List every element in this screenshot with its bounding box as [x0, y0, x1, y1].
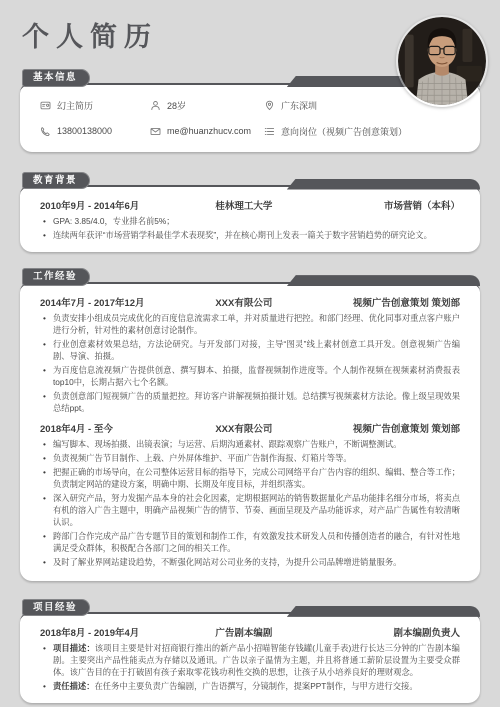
- project-role: 剧本编剧负责人: [306, 625, 460, 639]
- phone-icon: [40, 126, 51, 137]
- project-responsibility-label: 责任描述：: [53, 681, 95, 691]
- section-education: 教育背景 2010年9月 - 2014年6月 桂林理工大学 市场营销（本科） G…: [20, 170, 480, 253]
- job-bullet: 行业创意素材效果总结，方法论研究。与开发部门对接，主导“图灵”线上素材创意工具开…: [40, 338, 460, 362]
- education-bullet: 连续两年获评“市场营销学科最佳学术表现奖”，并在核心期刊上发表一篇关于数字营销趋…: [40, 229, 460, 241]
- job-bullet: 编写脚本、现场拍摄、出镜表演；与运营、后期沟通素材、跟踪观察广告账户，不断调整测…: [40, 438, 460, 450]
- target-position-value: 意向岗位（视频广告创意策划）: [281, 125, 407, 138]
- section-tab-work-experience: 工作经验: [22, 268, 90, 286]
- project-responsibility-text: 在任务中主要负责广告编剧，广告语撰写，分镜制作，提案PPT制作，与甲方进行交接。: [95, 681, 418, 691]
- job-bullet: 跨部门合作完成产品广告专题节目的策划和制作工作，有效激发技术研发人员和传播创造者…: [40, 530, 460, 554]
- job-position: 视频广告创意策划 策划部: [306, 295, 460, 309]
- section-project-experience: 项目经验 2018年8月 - 2019年4月 广告剧本编剧 剧本编剧负责人 项目…: [20, 597, 480, 704]
- job-bullet: 深入研究产品，努力发掘产品本身的社会化因素，定期根据网站的销售数据量化产品功能排…: [40, 492, 460, 528]
- age-value: 28岁: [167, 99, 186, 112]
- list-icon: [264, 126, 275, 137]
- work-experience-card: 2014年7月 - 2017年12月 XXX有限公司 视频广告创意策划 策划部 …: [20, 282, 480, 581]
- job-company: XXX有限公司: [182, 421, 306, 435]
- section-tab-education: 教育背景: [22, 172, 90, 190]
- info-item-name: 幻主简历: [40, 99, 150, 112]
- section-decor-bar: [287, 179, 480, 190]
- info-item-age: 28岁: [150, 99, 264, 112]
- section-decor-bar: [287, 606, 480, 617]
- education-entry-header: 2010年9月 - 2014年6月 桂林理工大学 市场营销（本科）: [40, 198, 460, 212]
- email-icon: [150, 126, 161, 137]
- job-period: 2014年7月 - 2017年12月: [40, 295, 182, 309]
- info-item-email: me@huanzhucv.com: [150, 125, 264, 138]
- education-bullet-list: GPA: 3.85/4.0，专业排名前5%； 连续两年获评“市场营销学科最佳学术…: [40, 215, 460, 241]
- resume-page: 个人简历: [0, 0, 500, 707]
- info-item-target-position: 意向岗位（视频广告创意策划）: [264, 125, 460, 138]
- job-bullet: 负责创意部门短视频广告的质量把控。拜访客户讲解视频拍摄计划。总结撰写视频素材方法…: [40, 390, 460, 414]
- resume-name: 幻主简历: [57, 99, 93, 112]
- profile-photo: [396, 15, 488, 107]
- project-name: 广告剧本编剧: [182, 625, 306, 639]
- job-entry-header: 2014年7月 - 2017年12月 XXX有限公司 视频广告创意策划 策划部: [40, 295, 460, 309]
- project-period: 2018年8月 - 2019年4月: [40, 625, 182, 639]
- project-entry-header: 2018年8月 - 2019年4月 广告剧本编剧 剧本编剧负责人: [40, 625, 460, 639]
- email-value: me@huanzhucv.com: [167, 126, 251, 136]
- education-period: 2010年9月 - 2014年6月: [40, 198, 182, 212]
- job-bullet: 及时了解业界网站建设趋势，不断强化网站对公司业务的支持，为提升公司品牌增进销量服…: [40, 556, 460, 568]
- job-bullet: 为百度信息流视频广告提供创意、撰写脚本、拍摄，监督视频制作进度等。个人制作视频在…: [40, 364, 460, 388]
- project-description-label: 项目描述：: [53, 643, 95, 653]
- section-tab-project-experience: 项目经验: [22, 599, 90, 617]
- location-icon: [264, 100, 275, 111]
- project-description-text: 该项目主要是针对招商银行推出的新产品小招喵智能存钱罐(儿童手表)进行长达三分钟的…: [53, 643, 460, 677]
- education-degree: 市场营销（本科）: [306, 198, 460, 212]
- section-tab-basic-info: 基本信息: [22, 69, 90, 87]
- job-bullet-list: 负责安排小组成员完成优化的百度信息流需求工单，并对质量进行把控。和部门经理、优化…: [40, 312, 460, 414]
- project-experience-card: 2018年8月 - 2019年4月 广告剧本编剧 剧本编剧负责人 项目描述：该项…: [20, 612, 480, 703]
- person-icon: [150, 100, 161, 111]
- info-item-phone: 13800138000: [40, 125, 150, 138]
- job-position: 视频广告创意策划 策划部: [306, 421, 460, 435]
- project-responsibility-bullet: 责任描述：在任务中主要负责广告编剧，广告语撰写，分镜制作，提案PPT制作，与甲方…: [40, 680, 460, 692]
- job-bullet: 负责视频广告节目制作、上载、户外屏体维护、平面广告制作海报、灯箱片等等。: [40, 452, 460, 464]
- education-bullet: GPA: 3.85/4.0，专业排名前5%；: [40, 215, 460, 227]
- job-period: 2018年4月 - 至今: [40, 421, 182, 435]
- job-bullet-list: 编写脚本、现场拍摄、出镜表演；与运营、后期沟通素材、跟踪观察广告账户，不断调整测…: [40, 438, 460, 568]
- education-card: 2010年9月 - 2014年6月 桂林理工大学 市场营销（本科） GPA: 3…: [20, 185, 480, 252]
- job-bullet: 把握正确的市场导向，在公司整体运营目标的指导下，完成公司网络平台广告内容的组织、…: [40, 466, 460, 490]
- id-card-icon: [40, 100, 51, 111]
- avatar-illustration: [398, 17, 486, 105]
- job-bullet: 负责安排小组成员完成优化的百度信息流需求工单，并对质量进行把控。和部门经理、优化…: [40, 312, 460, 336]
- project-bullet-list: 项目描述：该项目主要是针对招商银行推出的新产品小招喵智能存钱罐(儿童手表)进行长…: [40, 642, 460, 692]
- location-value: 广东深圳: [281, 99, 317, 112]
- section-decor-bar: [287, 275, 480, 286]
- education-school: 桂林理工大学: [182, 198, 306, 212]
- job-company: XXX有限公司: [182, 295, 306, 309]
- project-description-bullet: 项目描述：该项目主要是针对招商银行推出的新产品小招喵智能存钱罐(儿童手表)进行长…: [40, 642, 460, 678]
- job-entry-header: 2018年4月 - 至今 XXX有限公司 视频广告创意策划 策划部: [40, 421, 460, 435]
- job-entry-2: 2018年4月 - 至今 XXX有限公司 视频广告创意策划 策划部 编写脚本、现…: [40, 421, 460, 568]
- section-work-experience: 工作经验 2014年7月 - 2017年12月 XXX有限公司 视频广告创意策划…: [20, 266, 480, 581]
- job-entry-1: 2014年7月 - 2017年12月 XXX有限公司 视频广告创意策划 策划部 …: [40, 295, 460, 414]
- phone-value: 13800138000: [57, 126, 112, 136]
